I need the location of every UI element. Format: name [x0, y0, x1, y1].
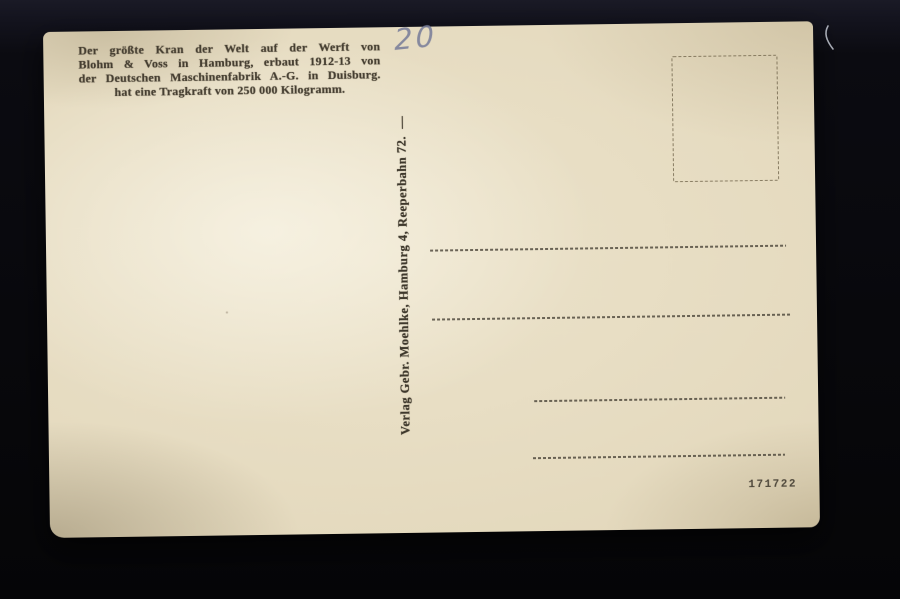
address-line-1 — [430, 245, 786, 252]
stamp-box — [671, 55, 779, 182]
address-line-2 — [432, 314, 790, 321]
photo-background: { "photo": { "background_color": "#0a0a0… — [0, 0, 900, 599]
description-text: Der größte Kran der Welt auf der Werft v… — [78, 39, 381, 99]
postcard: Der größte Kran der Welt auf der Werft v… — [43, 21, 820, 538]
publisher-imprint: Verlag Gebr. Moehlke, Hamburg 4, Reeperb… — [393, 116, 413, 435]
address-line-4 — [533, 454, 785, 460]
address-line-3 — [534, 397, 785, 403]
serial-number: 171722 — [748, 479, 797, 492]
dust-fiber — [814, 24, 840, 52]
handwritten-number: 20 — [394, 19, 438, 57]
description-line: hat eine Tragkraft von 250 000 Kilogramm… — [79, 81, 381, 99]
